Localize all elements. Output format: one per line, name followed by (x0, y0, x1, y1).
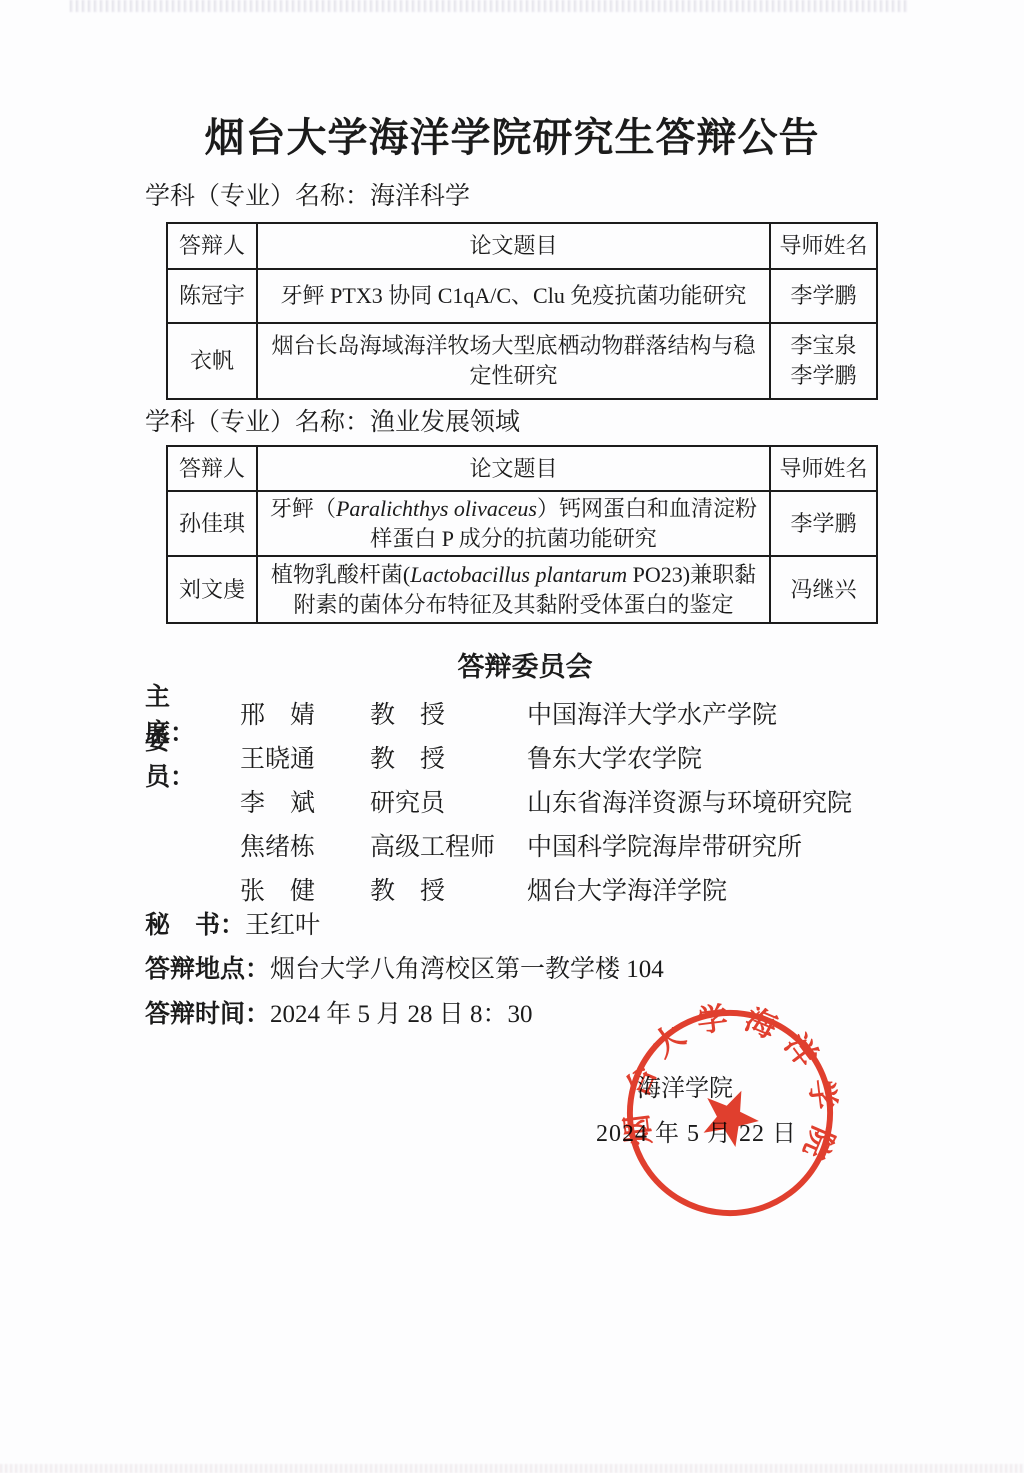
member-org: 山东省海洋资源与环境研究院 (527, 783, 885, 819)
col-header-supervisor: 导师姓名 (770, 446, 877, 491)
member-name: 张 健 (240, 871, 370, 907)
member-name: 邢 婧 (240, 695, 370, 731)
member-org: 烟台大学海洋学院 (527, 871, 885, 907)
committee-row-member: 焦绪栋 高级工程师 中国科学院海岸带研究所 (145, 823, 885, 867)
candidate-name: 孙佳琪 (167, 491, 257, 556)
secretary-row: 秘 书： 王红叶 (145, 905, 320, 941)
table-header-row: 答辩人 论文题目 导师姓名 (167, 223, 877, 269)
col-header-candidate: 答辩人 (167, 446, 257, 491)
member-name: 李 斌 (240, 783, 370, 819)
table-header-row: 答辩人 论文题目 导师姓名 (167, 446, 877, 491)
role-label: 委 员： (145, 721, 240, 793)
thesis-title: 烟台长岛海域海洋牧场大型底栖动物群落结构与稳定性研究 (257, 323, 770, 399)
table-row: 陈冠宇 牙鲆 PTX3 协同 C1qA/C、Clu 免疫抗菌功能研究 李学鹏 (167, 269, 877, 323)
thesis-title: 牙鲆 PTX3 协同 C1qA/C、Clu 免疫抗菌功能研究 (257, 269, 770, 323)
candidate-name: 陈冠宇 (167, 269, 257, 323)
member-org: 中国海洋大学水产学院 (527, 695, 885, 731)
member-org: 中国科学院海岸带研究所 (527, 827, 885, 863)
member-name: 焦绪栋 (240, 827, 370, 863)
svg-text:烟台大学海洋学院: 烟台大学海洋学院 (612, 990, 853, 1178)
supervisor-name: 李学鹏 (770, 491, 877, 556)
scan-artifact-bottom (0, 1464, 1024, 1473)
supervisor-name: 冯继兴 (770, 556, 877, 623)
thesis-title: 植物乳酸杆菌(Lactobacillus plantarum PO23)兼职黏附… (257, 556, 770, 623)
member-org: 鲁东大学农学院 (527, 739, 885, 775)
committee-list: 主 席： 邢 婧 教 授 中国海洋大学水产学院 委 员： 王晓通 教 授 鲁东大… (145, 691, 885, 911)
committee-row-member: 李 斌 研究员 山东省海洋资源与环境研究院 (145, 779, 885, 823)
scan-artifact-top (70, 0, 910, 12)
defense-table-fishery-development: 答辩人 论文题目 导师姓名 孙佳琪 牙鲆（Paralichthys olivac… (166, 445, 878, 624)
seal-text: 烟台大学海洋学院 (612, 990, 853, 1178)
candidate-name: 衣帆 (167, 323, 257, 399)
table-row: 孙佳琪 牙鲆（Paralichthys olivaceus）钙网蛋白和血清淀粉样… (167, 491, 877, 556)
supervisor-name: 李宝泉 李学鹏 (770, 323, 877, 399)
col-header-supervisor: 导师姓名 (770, 223, 877, 269)
venue-row: 答辩地点： 烟台大学八角湾校区第一教学楼 104 (145, 949, 664, 985)
defense-table-marine-science: 答辩人 论文题目 导师姓名 陈冠宇 牙鲆 PTX3 协同 C1qA/C、Clu … (166, 222, 878, 400)
table-row: 衣帆 烟台长岛海域海洋牧场大型底栖动物群落结构与稳定性研究 李宝泉 李学鹏 (167, 323, 877, 399)
time-row: 答辩时间： 2024 年 5 月 28 日 8：30 (145, 994, 533, 1030)
committee-row-member: 委 员： 王晓通 教 授 鲁东大学农学院 (145, 735, 885, 779)
member-title: 教 授 (370, 739, 527, 775)
col-header-candidate: 答辩人 (167, 223, 257, 269)
official-seal-stamp: 烟台大学海洋学院 (607, 990, 853, 1236)
section-label-marine-science: 学科（专业）名称：海洋科学 (145, 176, 470, 212)
venue-value: 烟台大学八角湾校区第一教学楼 104 (270, 949, 664, 985)
venue-label: 答辩地点： (145, 949, 270, 985)
member-title: 教 授 (370, 695, 527, 731)
time-label: 答辩时间： (145, 994, 270, 1030)
page-title: 烟台大学海洋学院研究生答辩公告 (0, 106, 1024, 163)
secretary-name: 王红叶 (245, 905, 320, 941)
col-header-thesis: 论文题目 (257, 223, 770, 269)
document-page: 烟台大学海洋学院研究生答辩公告 学科（专业）名称：海洋科学 答辩人 论文题目 导… (0, 0, 1024, 1473)
candidate-name: 刘文虔 (167, 556, 257, 623)
table-row: 刘文虔 植物乳酸杆菌(Lactobacillus plantarum PO23)… (167, 556, 877, 623)
supervisor-name: 李学鹏 (770, 269, 877, 323)
section-label-fishery-development: 学科（专业）名称：渔业发展领域 (145, 402, 520, 438)
secretary-label: 秘 书： (145, 905, 245, 941)
member-title: 研究员 (370, 783, 527, 819)
member-name: 王晓通 (240, 739, 370, 775)
committee-row-chair: 主 席： 邢 婧 教 授 中国海洋大学水产学院 (145, 691, 885, 735)
member-title: 高级工程师 (370, 827, 527, 863)
thesis-title: 牙鲆（Paralichthys olivaceus）钙网蛋白和血清淀粉样蛋白 P… (257, 491, 770, 556)
time-value: 2024 年 5 月 28 日 8：30 (270, 994, 533, 1030)
member-title: 教 授 (370, 871, 527, 907)
col-header-thesis: 论文题目 (257, 446, 770, 491)
seal-star (694, 1079, 767, 1151)
